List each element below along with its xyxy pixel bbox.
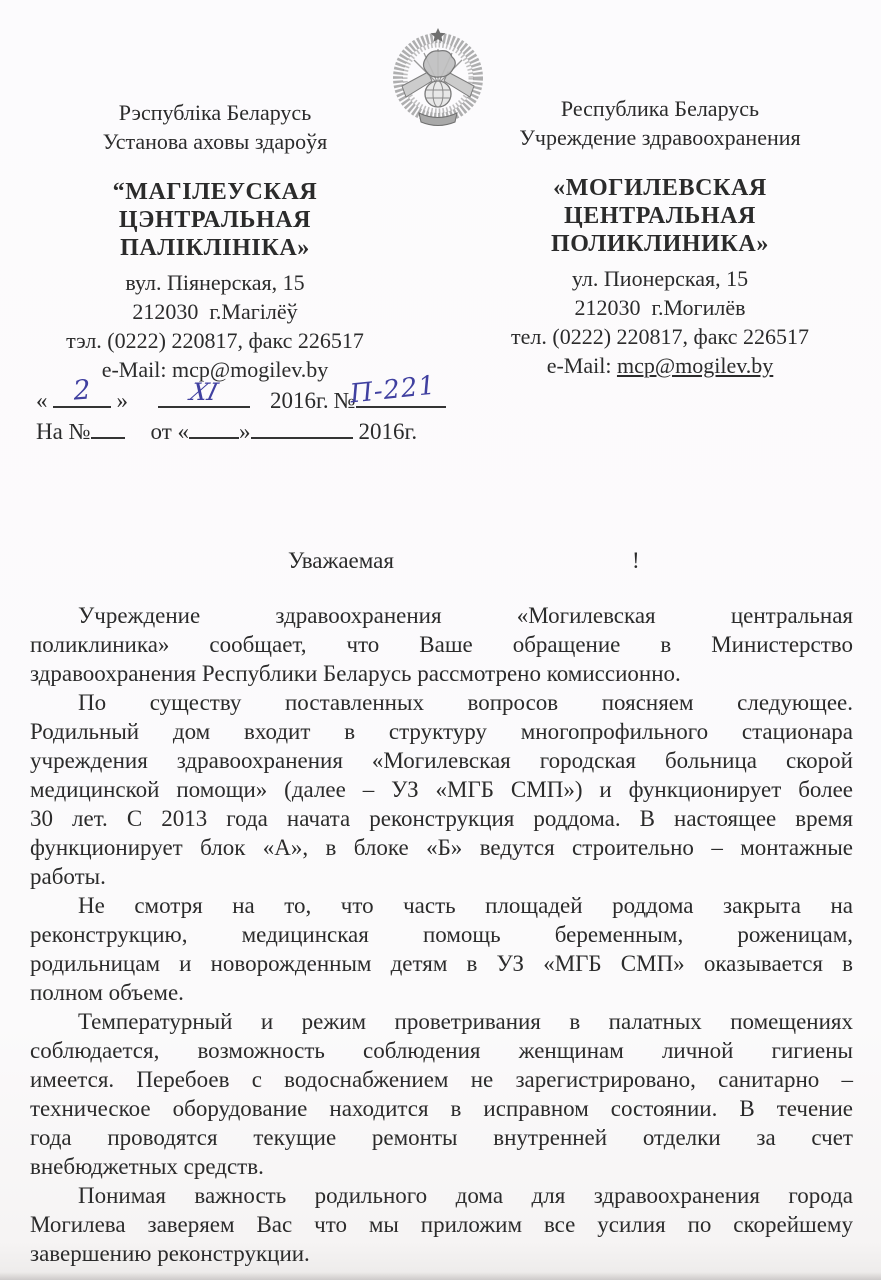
body-line: родильницам и новорожденным детям в УЗ «…: [30, 949, 853, 978]
body-line: работы.: [30, 862, 853, 891]
body-line: Не смотря на то, что часть площадей родд…: [30, 891, 853, 920]
body-line: внебюджетных средств.: [30, 1152, 853, 1181]
org-line: ЦЭНТРАЛЬНАЯ: [35, 206, 395, 234]
handwritten-day: 2: [72, 375, 91, 407]
body-line: имеется. Перебоев с водоснабжением не за…: [30, 1065, 853, 1094]
month-blank: XI: [158, 385, 250, 408]
country-name-be: Рэспубліка Беларусь: [35, 98, 395, 127]
from-label: от «: [151, 419, 190, 444]
greeting-punctuation: !: [632, 548, 640, 573]
salutation-text: Уважаемая: [288, 548, 394, 573]
incoming-number-label: На №: [36, 419, 91, 444]
org-line: ЦЕНТРАЛЬНАЯ: [465, 202, 855, 230]
street-line: ул. Пионерская, 15: [465, 264, 855, 293]
document-page: Рэспубліка Беларусь Установа аховы здаро…: [0, 0, 881, 1280]
number-blank: П-221: [356, 385, 446, 408]
phone-line: тэл. (0222) 220817, факс 226517: [35, 326, 395, 355]
org-type-be: Установа аховы здароўя: [35, 127, 395, 156]
from-date-blank: [251, 416, 353, 439]
paragraph: Не смотря на то, что часть площадей родд…: [30, 891, 853, 1007]
close-quote: »: [239, 419, 251, 444]
body-line: соблюдается, возможность соблюдения женщ…: [30, 1036, 853, 1065]
org-line: ПОЛИКЛИНИКА»: [465, 230, 855, 258]
letter-body: Учреждение здравоохранения «Могилевская …: [30, 601, 853, 1268]
from-day-blank: [189, 416, 239, 439]
org-line: ПАЛІКЛІНІКА»: [35, 234, 395, 262]
body-line: медицинской помощи» (далее – УЗ «МГБ СМП…: [30, 775, 853, 804]
country-lines-ru: Республика Беларусь Учреждение здравоохр…: [465, 94, 855, 152]
city-line: 212030 г.Могилёв: [465, 293, 855, 322]
incoming-number-blank: [91, 416, 125, 439]
handwritten-month: XI: [187, 378, 221, 406]
paragraph: Понимая важность родильного дома для здр…: [30, 1181, 853, 1268]
body-line: Родильный дом входит в структуру многопр…: [30, 717, 853, 746]
body-line: здравоохранения Республики Беларусь расс…: [30, 659, 853, 688]
paragraph: По существу поставленных вопросов поясня…: [30, 688, 853, 891]
body-line: Температурный и режим проветривания в па…: [30, 1007, 853, 1036]
body-line: Учреждение здравоохранения «Могилевская …: [30, 601, 853, 630]
email-address: mcp@mogilev.by: [617, 353, 773, 378]
organization-name-ru: «МОГИЛЕВСКАЯ ЦЕНТРАЛЬНАЯ ПОЛИКЛИНИКА»: [465, 174, 855, 258]
paragraph: Температурный и режим проветривания в па…: [30, 1007, 853, 1181]
outgoing-date-line: «2»XI2016г.№П-221: [36, 385, 466, 416]
body-line: 30 лет. С 2013 года начата реконструкция…: [30, 804, 853, 833]
phone-line: тел. (0222) 220817, факс 226517: [465, 322, 855, 351]
city-line: 212030 г.Магілёў: [35, 297, 395, 326]
body-line: функционирует блок «А», в блоке «Б» веду…: [30, 833, 853, 862]
body-line: года проводятся текущие ремонты внутренн…: [30, 1123, 853, 1152]
paragraph: Учреждение здравоохранения «Могилевская …: [30, 601, 853, 688]
close-quote: »: [117, 388, 129, 413]
country-lines-be: Рэспубліка Беларусь Установа аховы здаро…: [35, 98, 395, 156]
body-line: поликлиника» сообщает, что Ваше обращени…: [30, 630, 853, 659]
org-type-ru: Учреждение здравоохранения: [465, 123, 855, 152]
email-line: e-Mail: mcp@mogilev.by: [465, 351, 855, 380]
scan-edge-shadow: [0, 1272, 881, 1280]
body-line: полном объеме.: [30, 978, 853, 1007]
body-line: реконструкцию, медицинская помощь береме…: [30, 920, 853, 949]
letterhead-left-column: Рэспубліка Беларусь Установа аховы здаро…: [35, 98, 395, 384]
greeting-line: Уважаемая!: [288, 548, 640, 574]
body-line: техническое оборудование находится в исп…: [30, 1094, 853, 1123]
country-name-ru: Республика Беларусь: [465, 94, 855, 123]
year-label: 2016г.: [270, 388, 329, 413]
org-line: “МАГІЛЕУСКАЯ: [35, 178, 395, 206]
body-line: завершению реконструкции.: [30, 1239, 853, 1268]
body-line: Могилева заверяем Вас что мы приложим вс…: [30, 1210, 853, 1239]
street-line: вул. Піянерская, 15: [35, 268, 395, 297]
reference-block: «2»XI2016г.№П-221 На №от «»2016г.: [36, 385, 466, 447]
open-quote: «: [36, 388, 48, 413]
year-label: 2016г.: [359, 419, 418, 444]
organization-name-be: “МАГІЛЕУСКАЯ ЦЭНТРАЛЬНАЯ ПАЛІКЛІНІКА»: [35, 178, 395, 262]
email-label: e-Mail:: [547, 353, 617, 378]
address-block-ru: ул. Пионерская, 15 212030 г.Могилёв тел.…: [465, 264, 855, 380]
incoming-reference-line: На №от «»2016г.: [36, 416, 466, 447]
body-line: Понимая важность родильного дома для здр…: [30, 1181, 853, 1210]
body-line: По существу поставленных вопросов поясня…: [30, 688, 853, 717]
day-blank: 2: [53, 385, 111, 408]
org-line: «МОГИЛЕВСКАЯ: [465, 174, 855, 202]
letterhead-right-column: Республика Беларусь Учреждение здравоохр…: [465, 94, 855, 380]
address-block-be: вул. Піянерская, 15 212030 г.Магілёў тэл…: [35, 268, 395, 384]
email-label: e-Mail:: [102, 357, 172, 382]
body-line: учреждения здравоохранения «Могилевская …: [30, 746, 853, 775]
